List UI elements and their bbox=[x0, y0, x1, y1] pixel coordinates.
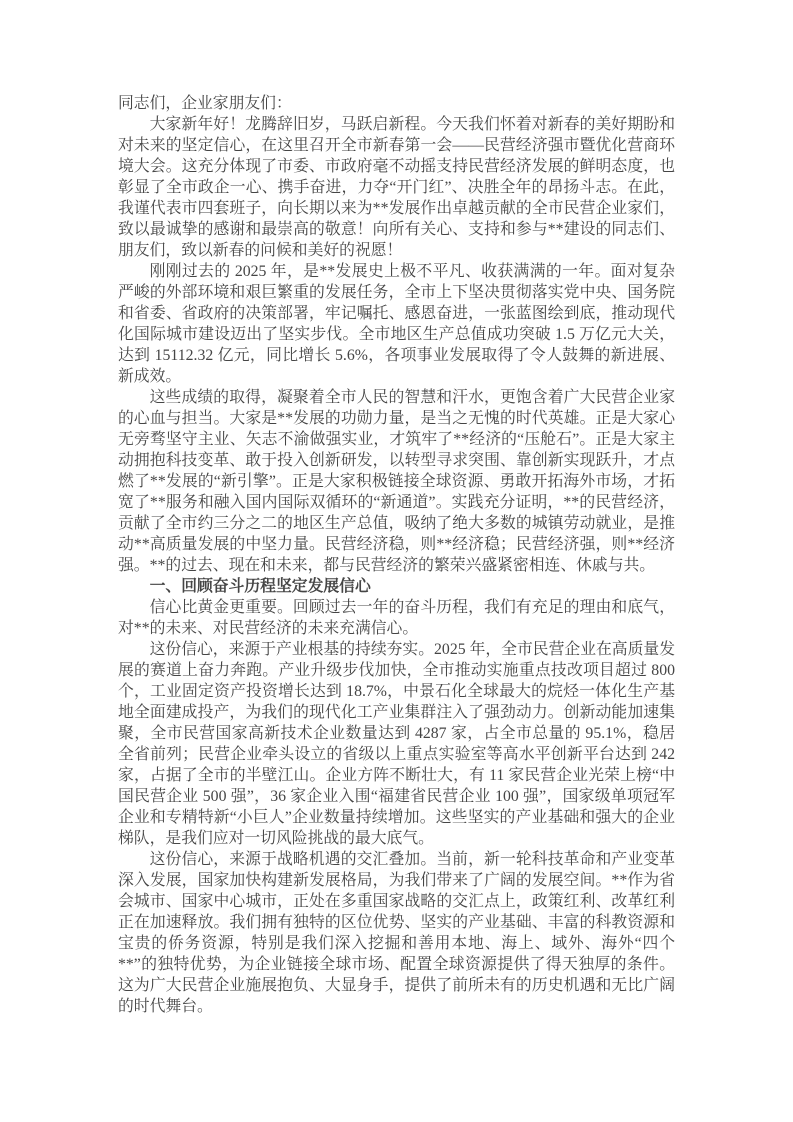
body-paragraph: 信心比黄金更重要。回顾过去一年的奋斗历程，我们有充足的理由和底气，对**的未来、… bbox=[118, 597, 675, 639]
body-paragraph: 刚刚过去的 2025 年，是**发展史上极不平凡、收获满满的一年。面对复杂严峻的… bbox=[118, 261, 675, 387]
body-paragraph: 这份信心，来源于产业根基的持续夯实。2025 年，全市民营企业在高质量发展的赛道… bbox=[118, 639, 675, 849]
salutation-line: 同志们，企业家朋友们： bbox=[118, 93, 675, 114]
body-paragraph: 这份信心，来源于战略机遇的交汇叠加。当前，新一轮科技革命和产业变革深入发展，国家… bbox=[118, 849, 675, 1017]
document-page: 同志们，企业家朋友们： 大家新年好！龙腾辞旧岁，马跃启新程。今天我们怀着对新春的… bbox=[0, 0, 793, 1122]
body-paragraph: 大家新年好！龙腾辞旧岁，马跃启新程。今天我们怀着对新春的美好期盼和对未来的坚定信… bbox=[118, 114, 675, 261]
body-paragraph: 这些成绩的取得，凝聚着全市人民的智慧和汗水，更饱含着广大民营企业家的心血与担当。… bbox=[118, 387, 675, 576]
section-heading: 一、回顾奋斗历程坚定发展信心 bbox=[118, 576, 675, 597]
document-body: 同志们，企业家朋友们： 大家新年好！龙腾辞旧岁，马跃启新程。今天我们怀着对新春的… bbox=[118, 93, 675, 1017]
